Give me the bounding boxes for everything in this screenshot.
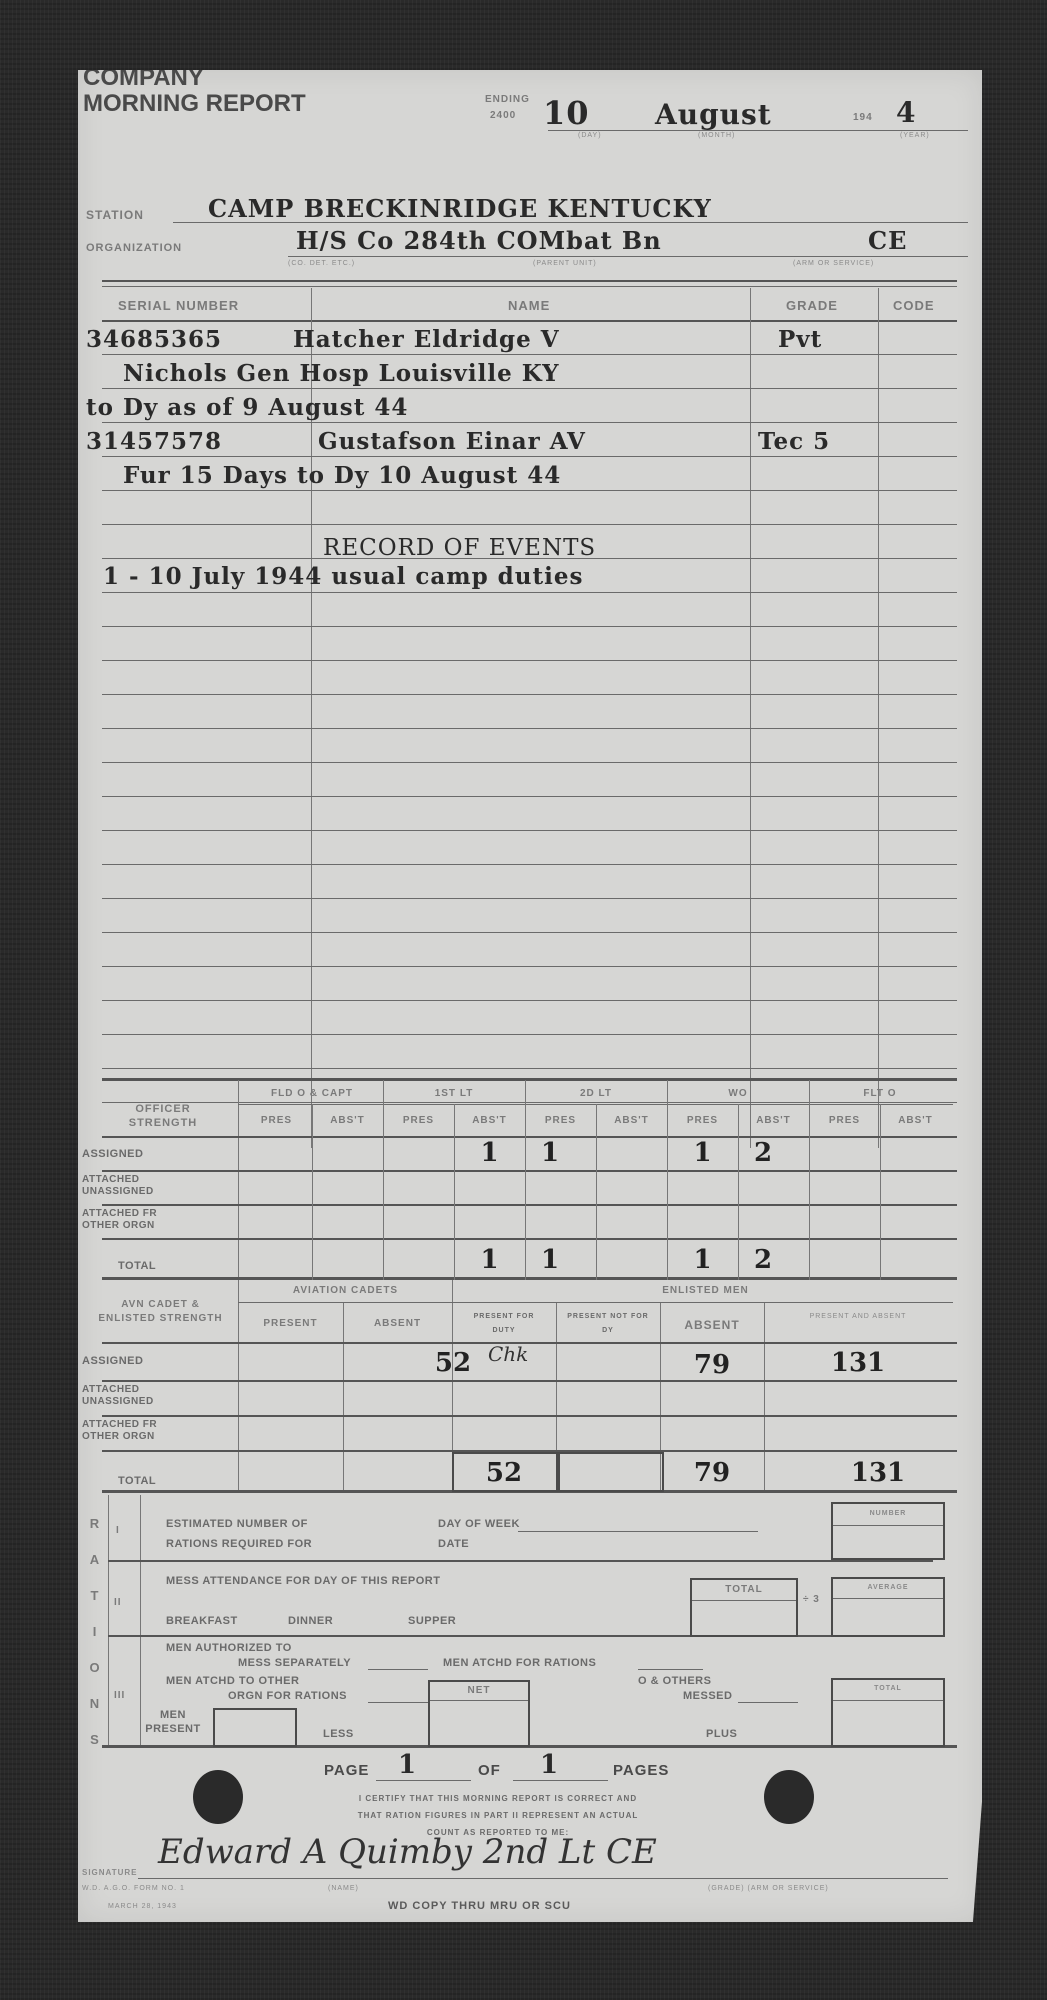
- day-of-week-label: DAY OF WEEK: [438, 1518, 520, 1530]
- total-not-for-duty-box: [556, 1452, 664, 1492]
- entry-serial: 34685365: [86, 326, 222, 353]
- station-value[interactable]: CAMP BRECKINRIDGE KENTUCKY: [208, 194, 712, 223]
- breakfast-label: BREAKFAST: [166, 1615, 238, 1627]
- report-day[interactable]: 10: [543, 94, 590, 132]
- parent-unit-caption: (PARENT UNIT): [533, 260, 597, 267]
- mess-separately-field[interactable]: [368, 1669, 428, 1670]
- row-label-total: TOTAL: [118, 1475, 156, 1487]
- subcol-abst: ABS'T: [738, 1115, 809, 1126]
- entry-serial: 31457578: [86, 428, 222, 455]
- station-underline: [173, 222, 968, 223]
- arm-caption: (ARM OR SERVICE): [793, 260, 874, 267]
- divide-by-three: ÷ 3: [803, 1594, 820, 1605]
- col-cadets-present: PRESENT: [238, 1318, 343, 1329]
- entry-name: Hatcher Eldridge V: [293, 326, 560, 353]
- group-wo: WO: [667, 1088, 809, 1099]
- atchd-for-rations-label: MEN ATCHD FOR RATIONS: [443, 1657, 596, 1669]
- subcol-pres: PRES: [667, 1115, 738, 1126]
- ending-time: 2400: [490, 110, 516, 121]
- row-label-attached-other: ATTACHED FR OTHER ORGN: [82, 1419, 192, 1443]
- mess-separately-line2: MESS SEPARATELY: [238, 1657, 351, 1669]
- men-present-box[interactable]: [213, 1708, 297, 1747]
- page-number[interactable]: 1: [398, 1750, 417, 1780]
- cell-1st-lt-abst-assigned: 1: [454, 1138, 525, 1168]
- cell-absent-assigned: 79: [660, 1350, 764, 1380]
- group-fld-o-capt: FLD O & CAPT: [241, 1088, 383, 1099]
- col-code: CODE: [893, 298, 935, 313]
- form-title: COMPANY MORNING REPORT: [83, 65, 306, 117]
- header-rule-bottom: [102, 320, 957, 322]
- organization-value[interactable]: H/S Co 284th COMbat Bn: [296, 226, 662, 255]
- col-name: NAME: [508, 298, 550, 313]
- group-enlisted-men: ENLISTED MEN: [458, 1285, 953, 1296]
- col-present-and-absent: PRESENT AND ABSENT: [778, 1310, 938, 1324]
- check-annotation: Chk: [488, 1342, 528, 1366]
- entry-remark: to Dy as of 9 August 44: [86, 394, 408, 421]
- ending-label: ENDING: [485, 94, 530, 105]
- cell-1st-lt-abst-total: 1: [454, 1245, 525, 1275]
- subcol-abst: ABS'T: [454, 1115, 525, 1126]
- enlisted-strength-title: AVN CADET & ENLISTED STRENGTH: [98, 1298, 223, 1326]
- title-line-2: MORNING REPORT: [83, 91, 306, 117]
- organization-underline: [288, 256, 968, 257]
- rations-required-line2: RATIONS REQUIRED FOR: [166, 1538, 312, 1550]
- rations-required-line1: ESTIMATED NUMBER OF: [166, 1518, 308, 1530]
- group-flt-o: FLT O: [809, 1088, 951, 1099]
- morning-report-form: COMPANY MORNING REPORT ENDING 2400 10 (D…: [78, 70, 982, 1922]
- men-present-label: MEN PRESENT: [138, 1708, 208, 1736]
- subcol-abst: ABS'T: [312, 1115, 383, 1126]
- atchd-other-line2: ORGN FOR RATIONS: [228, 1690, 347, 1702]
- rations-total-label: TOTAL: [831, 1685, 945, 1692]
- part-i-label: I: [116, 1525, 120, 1536]
- subcol-pres: PRES: [383, 1115, 454, 1126]
- cell-2d-lt-pres-assigned: 1: [525, 1138, 575, 1168]
- others-messed-field[interactable]: [738, 1702, 798, 1703]
- signature-line: [138, 1878, 948, 1879]
- header-rule-top-2: [102, 286, 957, 287]
- cell-2d-lt-pres-total: 1: [525, 1245, 575, 1275]
- date-label: DATE: [438, 1538, 469, 1550]
- atchd-other-line1: MEN ATCHD TO OTHER: [166, 1675, 299, 1687]
- dinner-label: DINNER: [288, 1615, 333, 1627]
- name-caption: (NAME): [328, 1885, 359, 1892]
- subcol-pres: PRES: [809, 1115, 880, 1126]
- average-label: AVERAGE: [831, 1584, 945, 1591]
- copy-note: WD COPY THRU MRU OR SCU: [388, 1900, 571, 1912]
- header-rule-top: [102, 280, 957, 282]
- plus-label: PLUS: [706, 1728, 737, 1740]
- page-label: PAGE: [324, 1762, 369, 1779]
- row-label-attached-unassigned: ATTACHED UNASSIGNED: [82, 1174, 192, 1198]
- total-pages[interactable]: 1: [540, 1750, 559, 1780]
- cell-present-and-absent-total: 131: [798, 1458, 958, 1488]
- row-label-assigned: ASSIGNED: [82, 1148, 143, 1160]
- day-caption: (DAY): [578, 132, 602, 139]
- year-caption: (YEAR): [900, 132, 930, 139]
- number-box-label: NUMBER: [831, 1510, 945, 1517]
- form-number: W.D. A.G.O. FORM NO. 1: [82, 1885, 185, 1892]
- part-ii-label: II: [114, 1597, 122, 1608]
- atchd-for-rations-field[interactable]: [638, 1669, 703, 1670]
- unit-caption: (CO. DET. ETC.): [288, 260, 355, 267]
- cell-wo-pres-assigned: 1: [667, 1138, 738, 1168]
- row-label-assigned: ASSIGNED: [82, 1355, 143, 1367]
- entry-grade: Tec 5: [758, 428, 830, 455]
- cell-wo-pres-total: 1: [667, 1245, 738, 1275]
- entry-name: Gustafson Einar AV: [318, 428, 586, 455]
- col-cadets-absent: ABSENT: [343, 1318, 452, 1329]
- report-year[interactable]: 4: [896, 96, 916, 129]
- report-month[interactable]: August: [655, 98, 772, 131]
- part-iii-label: III: [114, 1690, 125, 1701]
- row-label-attached-other: ATTACHED FR OTHER ORGN: [82, 1208, 192, 1232]
- station-label: STATION: [86, 208, 144, 222]
- others-messed-line1: O & OTHERS: [638, 1675, 711, 1687]
- col-serial-number: SERIAL NUMBER: [118, 298, 239, 313]
- cell-present-for-duty-total: 52: [452, 1458, 556, 1488]
- cell-wo-abst-assigned: 2: [738, 1138, 788, 1168]
- of-label: OF: [478, 1762, 501, 1779]
- signature-label: SIGNATURE: [82, 1868, 138, 1877]
- organization-branch[interactable]: CE: [868, 226, 907, 255]
- net-label: NET: [428, 1685, 530, 1696]
- cell-present-for-duty-assigned: 52: [423, 1348, 483, 1378]
- subcol-abst: ABS'T: [880, 1115, 951, 1126]
- day-of-week-field[interactable]: [518, 1531, 758, 1532]
- less-label: LESS: [323, 1728, 354, 1740]
- subcol-abst: ABS'T: [596, 1115, 667, 1126]
- signature[interactable]: Edward A Quimby 2nd Lt CE: [158, 1832, 657, 1872]
- punch-hole-right: [764, 1770, 814, 1824]
- col-present-not-for-duty: PRESENT NOT FOR DY: [564, 1310, 652, 1338]
- col-grade: GRADE: [786, 298, 838, 313]
- mess-total-label: TOTAL: [690, 1584, 798, 1595]
- record-of-events-text: 1 - 10 July 1944 usual camp duties: [103, 563, 583, 590]
- others-messed-line2: MESSED: [683, 1690, 732, 1702]
- subcol-pres: PRES: [525, 1115, 596, 1126]
- supper-label: SUPPER: [408, 1615, 456, 1627]
- col-present-for-duty: PRESENT FOR DUTY: [462, 1310, 546, 1338]
- group-2d-lt: 2D LT: [525, 1088, 667, 1099]
- mess-separately-line1: MEN AUTHORIZED TO: [166, 1642, 292, 1654]
- atchd-other-field[interactable]: [368, 1702, 428, 1703]
- group-aviation-cadets: AVIATION CADETS: [243, 1285, 448, 1296]
- rations-side-label: RATIONS: [86, 1506, 104, 1758]
- form-date: MARCH 28, 1943: [108, 1903, 177, 1910]
- organization-label: ORGANIZATION: [86, 242, 182, 254]
- entry-remark: Fur 15 Days to Dy 10 August 44: [123, 462, 561, 489]
- grade-caption: (GRADE) (ARM OR SERVICE): [708, 1885, 829, 1892]
- row-label-total: TOTAL: [118, 1260, 156, 1272]
- group-1st-lt: 1ST LT: [383, 1088, 525, 1099]
- row-label-attached-unassigned: ATTACHED UNASSIGNED: [82, 1384, 192, 1408]
- cell-wo-abst-total: 2: [738, 1245, 788, 1275]
- col-absent: ABSENT: [660, 1318, 764, 1332]
- mess-attendance-title: MESS ATTENDANCE FOR DAY OF THIS REPORT: [166, 1575, 440, 1587]
- entry-remark: Nichols Gen Hosp Louisville KY: [123, 360, 560, 387]
- pages-label: PAGES: [613, 1762, 669, 1779]
- officer-strength-title: OFFICER STRENGTH: [108, 1102, 218, 1130]
- cell-absent-total: 79: [660, 1458, 764, 1488]
- month-caption: (MONTH): [698, 132, 735, 139]
- punch-hole-left: [193, 1770, 243, 1824]
- date-underline: [548, 130, 968, 131]
- subcol-pres: PRES: [241, 1115, 312, 1126]
- entry-grade: Pvt: [778, 326, 822, 353]
- year-prefix: 194: [853, 112, 873, 123]
- record-of-events-heading: RECORD OF EVENTS: [323, 535, 596, 561]
- cell-present-and-absent-assigned: 131: [778, 1348, 938, 1378]
